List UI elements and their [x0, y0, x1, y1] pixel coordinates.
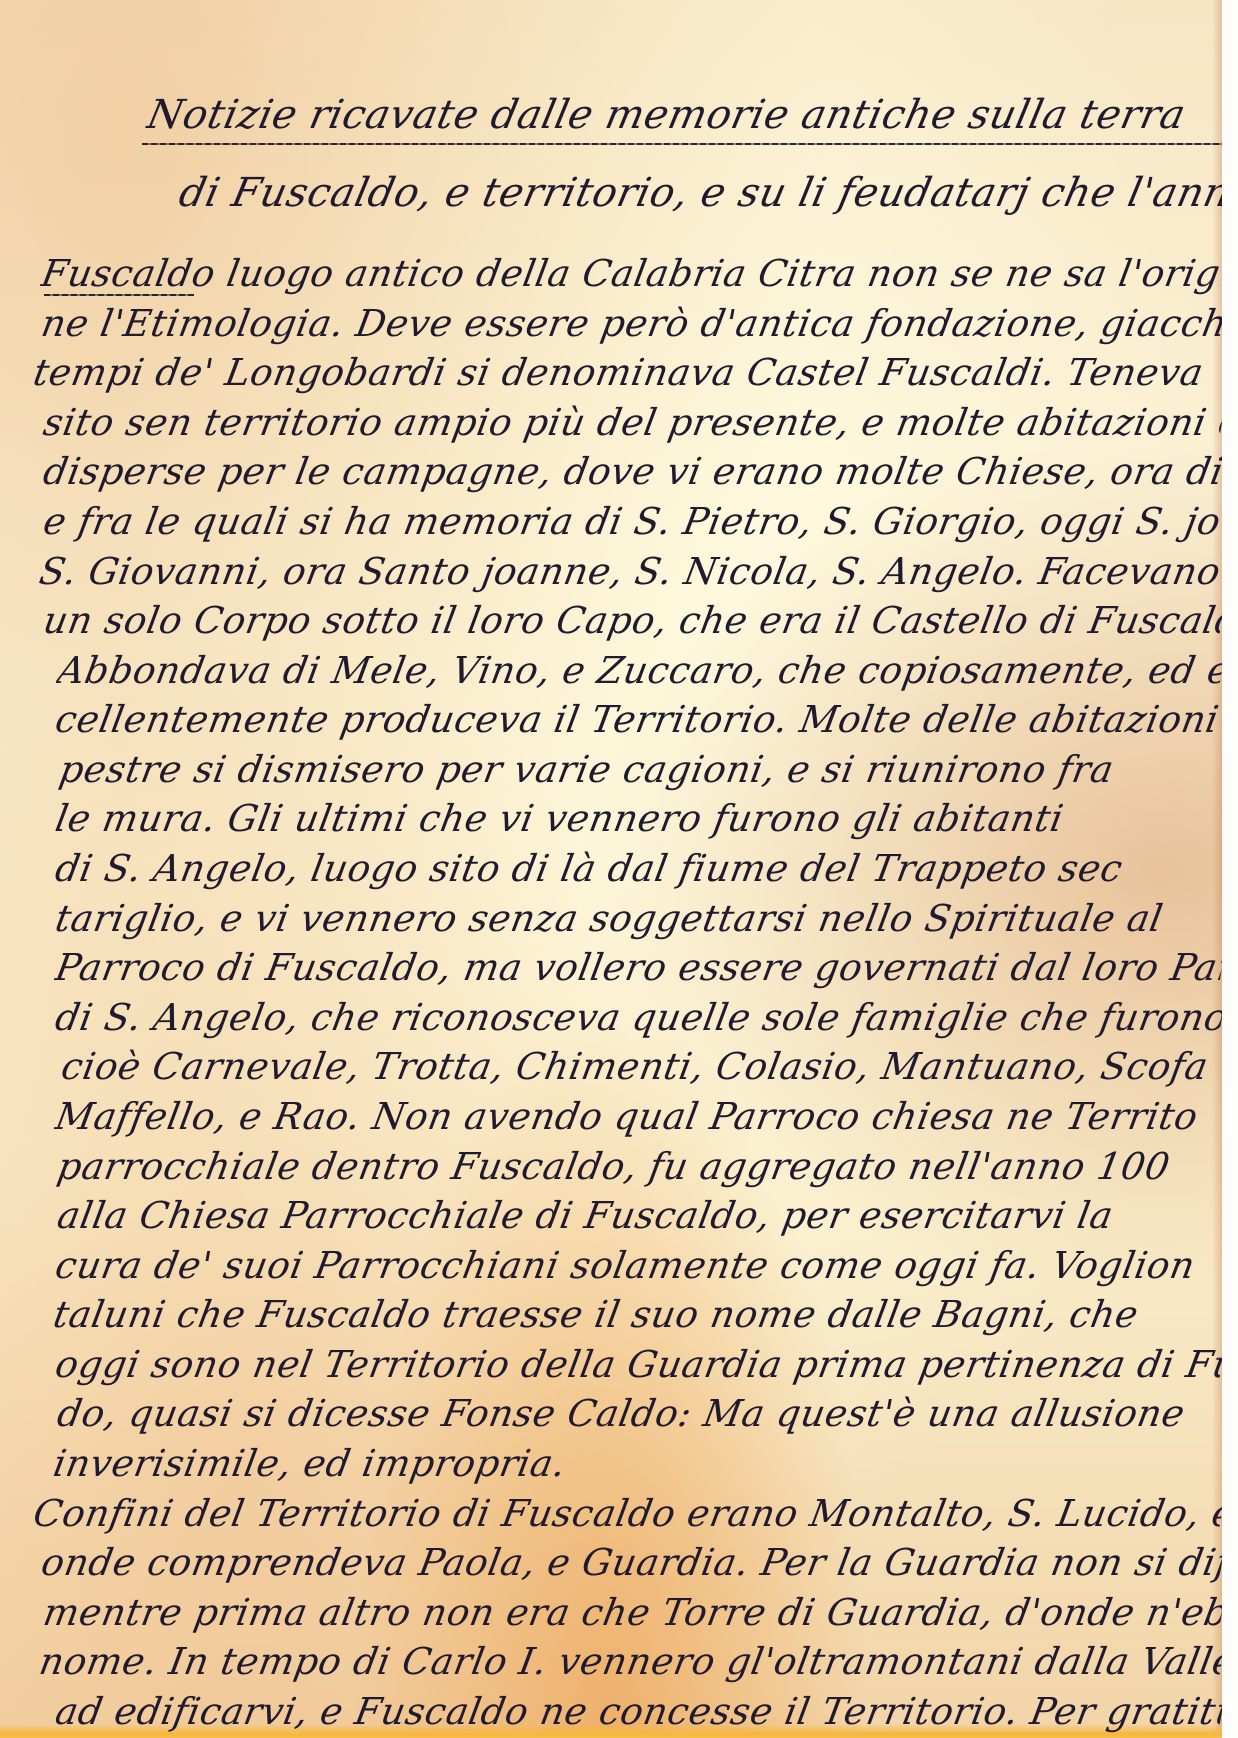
- title-underline: [142, 143, 1222, 145]
- body-line-13: di S. Angelo, luogo sito di là dal fiume…: [52, 847, 1226, 890]
- body-line-28: mentre prima altro non era che Torre di …: [40, 1591, 1226, 1634]
- body-line-12: le mura. Gli ultimi che vi vennero furon…: [52, 797, 1226, 840]
- body-line-10: cellentemente produceva il Territorio. M…: [52, 698, 1226, 741]
- fuscaldo-underline: [44, 294, 194, 296]
- body-line-20: alla Chiesa Parrocchiale di Fuscaldo, pe…: [54, 1194, 1226, 1237]
- body-line-5: disperse per le campagne, dove vi erano …: [40, 450, 1226, 493]
- body-line-18: Maffello, e Rao. Non avendo qual Parroco…: [52, 1095, 1226, 1138]
- body-line-15: Parroco di Fuscaldo, ma vollero essere g…: [52, 946, 1226, 989]
- body-line-21: cura de' suoi Parrocchiani solamente com…: [52, 1244, 1226, 1287]
- body-line-4: sito sen territorio ampio più del presen…: [40, 401, 1226, 444]
- body-line-11: pestre si dismisero per varie cagioni, e…: [56, 748, 1226, 791]
- body-line-1: Fuscaldo luogo antico della Calabria Cit…: [38, 252, 1226, 295]
- body-line-29: nome. In tempo di Carlo I. vennero gl'ol…: [36, 1640, 1226, 1683]
- body-line-27: onde comprendeva Paola, e Guardia. Per l…: [38, 1541, 1226, 1584]
- body-line-22: taluni che Fuscaldo traesse il suo nome …: [50, 1293, 1226, 1336]
- body-line-2: ne l'Etimologia. Deve essere però d'anti…: [38, 302, 1226, 345]
- body-line-14: tariglio, e vi vennero senza soggettarsi…: [52, 897, 1226, 940]
- title-line-1: Notizie ricavate dalle memorie antiche s…: [143, 92, 1233, 138]
- manuscript-page: Notizie ricavate dalle memorie antiche s…: [0, 0, 1222, 1738]
- title-line-2: di Fuscaldo, e territorio, e su li feuda…: [175, 170, 1235, 216]
- body-line-25: inverisimile, ed impropria.: [50, 1442, 1226, 1485]
- body-line-7: S. Giovanni, ora Santo joanne, S. Nicola…: [36, 550, 1226, 593]
- body-line-9: Abbondava di Mele, Vino, e Zuccaro, che …: [54, 649, 1226, 692]
- body-line-3: tempi de' Longobardi si denominava Caste…: [30, 351, 1226, 394]
- body-line-6: e fra le quali si ha memoria di S. Pietr…: [40, 500, 1226, 543]
- scan-margin-strip: [1222, 0, 1238, 1738]
- body-line-16: di S. Angelo, che riconosceva quelle sol…: [52, 996, 1226, 1039]
- body-line-8: un solo Corpo sotto il loro Capo, che er…: [40, 599, 1226, 642]
- body-line-24: do, quasi si dicesse Fonse Caldo: Ma que…: [54, 1392, 1226, 1435]
- body-line-19: parrocchiale dentro Fuscaldo, fu aggrega…: [54, 1145, 1226, 1188]
- body-line-26: Confini del Territorio di Fuscaldo erano…: [30, 1492, 1226, 1535]
- body-line-17: cioè Carnevale, Trotta, Chimenti, Colasi…: [58, 1045, 1226, 1088]
- body-line-23: oggi sono nel Territorio della Guardia p…: [52, 1343, 1226, 1386]
- body-line-30: ad edificarvi, e Fuscaldo ne concesse il…: [52, 1690, 1226, 1733]
